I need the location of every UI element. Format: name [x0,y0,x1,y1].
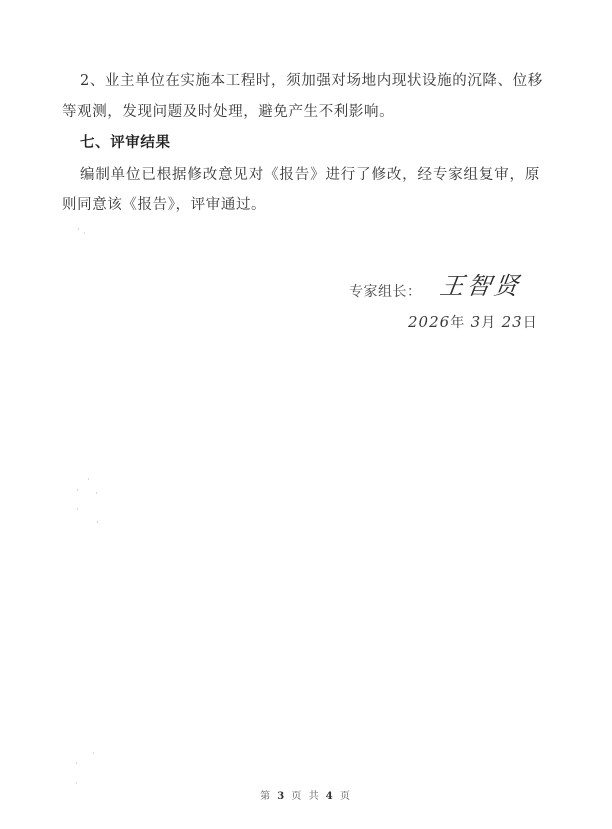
scan-speck [84,232,85,234]
scan-speck [97,521,98,523]
date-month: 3 [471,313,482,331]
section-heading-text: 七、评审结果 [80,134,171,151]
signature-date: 2026年 3月 23日 [408,312,538,333]
scan-speck [88,478,89,480]
paragraph-text: 编制单位已根据修改意见对《报告》进行了修改，经专家组复审，原 [80,165,540,185]
footer-suffix: 页 [340,791,352,802]
section7-paragraph-line-2: 则同意该《报告》，评审通过。 [62,195,266,215]
scan-speck [96,492,97,494]
paragraph-item-2-line-1: 2、业主单位在实施本工程时，须加强对场地内现状设施的沉降、位移 [80,71,540,91]
date-year-unit: 年 [450,315,465,331]
document-page: 2、业主单位在实施本工程时，须加强对场地内现状设施的沉降、位移 等观测，发现问题… [0,0,612,829]
scan-speck [76,762,77,764]
scan-speck [77,489,78,491]
scan-speck [77,508,78,510]
paragraph-item-2-line-2: 等观测，发现问题及时处理，避免产生不利影响。 [62,102,394,122]
date-day-unit: 日 [523,315,538,331]
paragraph-text: 2、业主单位在实施本工程时，须加强对场地内现状设施的沉降、位移 [80,71,540,91]
footer-mid: 页 共 [291,791,320,802]
scan-speck [93,752,94,754]
paragraph-text: 等观测，发现问题及时处理，避免产生不利影响。 [62,104,394,120]
date-year: 2026 [408,313,450,331]
section-heading-review-result: 七、评审结果 [80,133,171,153]
current-page-number: 3 [277,791,286,802]
date-month-unit: 月 [481,315,496,331]
section7-paragraph-line-1: 编制单位已根据修改意见对《报告》进行了修改，经专家组复审，原 [80,165,540,185]
scan-speck [78,228,79,230]
scan-speck [76,782,77,784]
date-day: 23 [502,313,523,331]
total-pages-number: 4 [326,791,335,802]
signature-label: 专家组长： [349,282,422,302]
handwritten-signature: 王智贤 [438,271,523,301]
paragraph-text: 则同意该《报告》，评审通过。 [62,197,266,213]
footer-prefix: 第 [260,791,272,802]
page-footer: 第 3 页 共 4 页 [0,790,612,804]
